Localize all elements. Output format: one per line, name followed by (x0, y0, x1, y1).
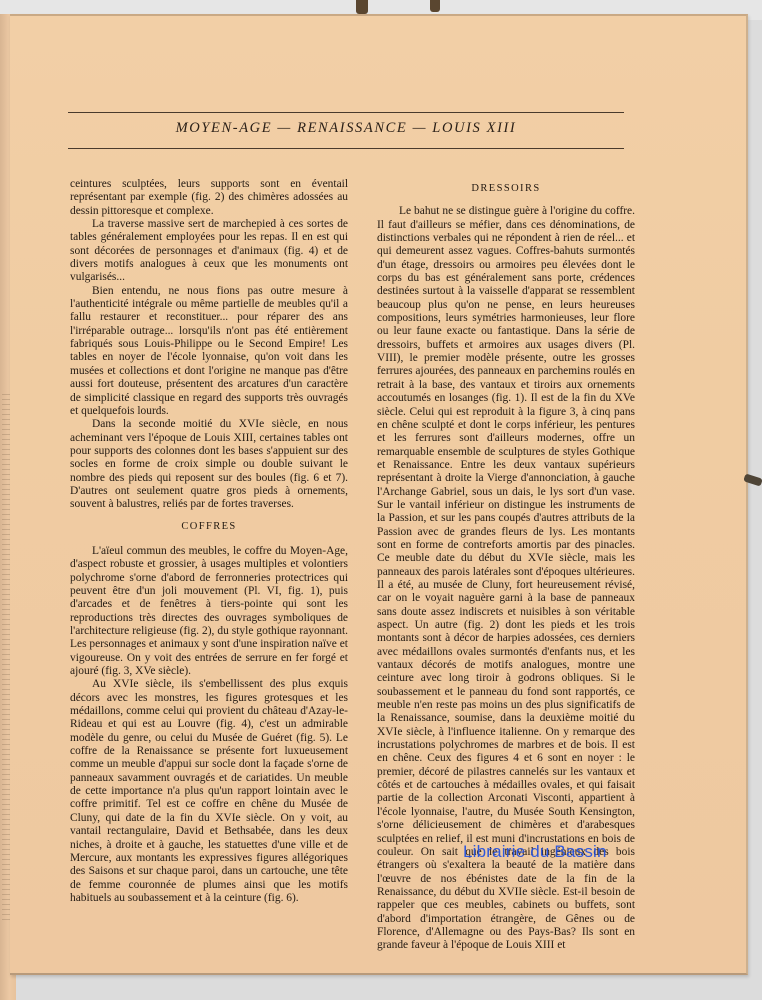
right-column: DRESSOIRS Le bahut ne se distingue guère… (377, 178, 635, 953)
watermark: Librairie du Bassin (463, 842, 607, 862)
paragraph: Dans la seconde moitié du XVIe siècle, e… (70, 418, 348, 511)
header-rule-top (68, 112, 624, 113)
running-head: MOYEN-AGE — RENAISSANCE — LOUIS XIII (68, 120, 624, 137)
paragraph: L'aïeul commun des meubles, le coffre du… (70, 545, 348, 678)
paragraph: Au XVIe siècle, ils s'embellissent des p… (70, 678, 348, 905)
section-heading-dressoirs: DRESSOIRS (377, 182, 635, 195)
paragraph: Bien entendu, ne nous fions pas outre me… (70, 285, 348, 418)
binding-clip-left (356, 0, 368, 14)
header-rule-bottom (68, 148, 624, 149)
left-column: ceintures sculptées, leurs supports sont… (70, 178, 348, 905)
binding-clip-right (430, 0, 440, 12)
paragraph: ceintures sculptées, leurs supports sont… (70, 178, 348, 218)
section-heading-coffres: COFFRES (70, 520, 348, 533)
paragraph: Le bahut ne se distingue guère à l'origi… (377, 205, 635, 952)
paragraph: La traverse massive sert de marchepied à… (70, 218, 348, 285)
